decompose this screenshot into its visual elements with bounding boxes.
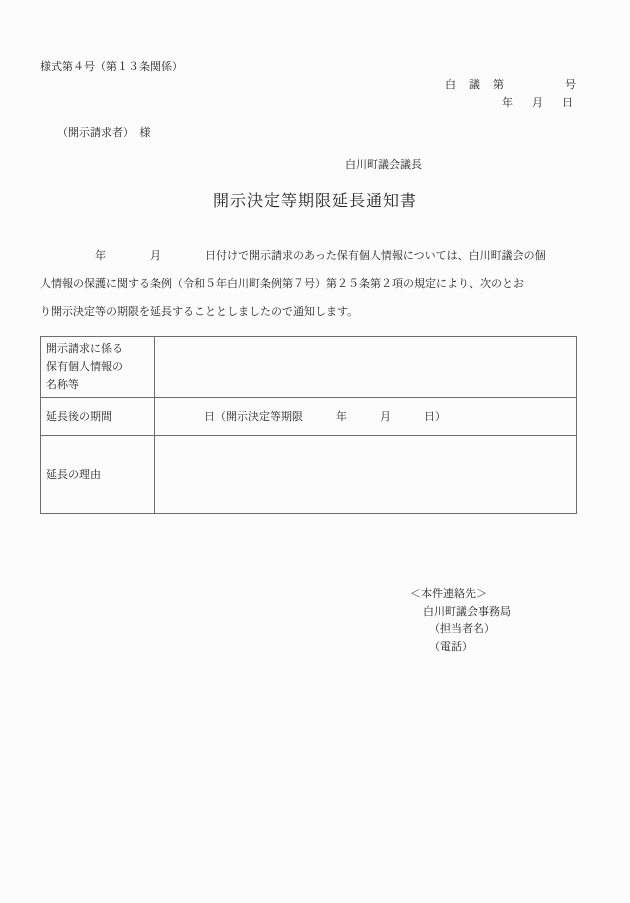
- date-line: 年 月 日: [502, 98, 577, 109]
- table-row-label: 開示請求に係る保有個人情報の名称等: [46, 340, 128, 394]
- contact-phone: （電話）: [410, 639, 511, 657]
- form-table: 開示請求に係る保有個人情報の名称等 延長後の期間 日（開示決定等期限 年 月 日…: [40, 336, 577, 514]
- table-row: 開示請求に係る保有個人情報の名称等: [41, 337, 577, 398]
- contact-block: ＜本件連絡先＞ 白川町議会事務局 （担当者名） （電話）: [410, 586, 511, 656]
- table-row: 延長の理由: [41, 436, 577, 514]
- addressee-line: （開示請求者） 様: [57, 128, 151, 139]
- document-number-line: 白 議 第 号: [445, 80, 577, 91]
- contact-heading: ＜本件連絡先＞: [410, 586, 511, 604]
- sender-name: 白川町議会議長: [345, 160, 422, 171]
- table-row-label-cell: 延長の理由: [41, 436, 155, 514]
- document-page: 様式第４号（第１３条関係） 白 議 第 号 年 月 日 （開示請求者） 様 白川…: [0, 0, 630, 903]
- table-row: 延長後の期間 日（開示決定等期限 年 月 日）: [41, 398, 577, 436]
- body-line: 年 月 日付けで開示請求のあった保有個人情報については、白川町議会の個: [40, 242, 580, 270]
- table-row-label-cell: 延長後の期間: [41, 398, 155, 436]
- table-row-value-cell: [155, 436, 577, 514]
- table-row-value-cell: [155, 337, 577, 398]
- contact-person: （担当者名）: [410, 621, 511, 639]
- contact-office: 白川町議会事務局: [410, 604, 511, 622]
- table-row-value-cell: 日（開示決定等期限 年 月 日）: [155, 398, 577, 436]
- table-row-label-cell: 開示請求に係る保有個人情報の名称等: [41, 337, 155, 398]
- body-line: り開示決定等の期限を延長することとしましたので通知します。: [40, 298, 580, 326]
- body-line: 人情報の保護に関する条例（令和５年白川町条例第７号）第２５条第２項の規定により、…: [40, 270, 580, 298]
- page-title: 開示決定等期限延長通知書: [0, 194, 630, 210]
- form-number: 様式第４号（第１３条関係）: [40, 62, 183, 73]
- body-paragraph: 年 月 日付けで開示請求のあった保有個人情報については、白川町議会の個 人情報の…: [40, 242, 580, 326]
